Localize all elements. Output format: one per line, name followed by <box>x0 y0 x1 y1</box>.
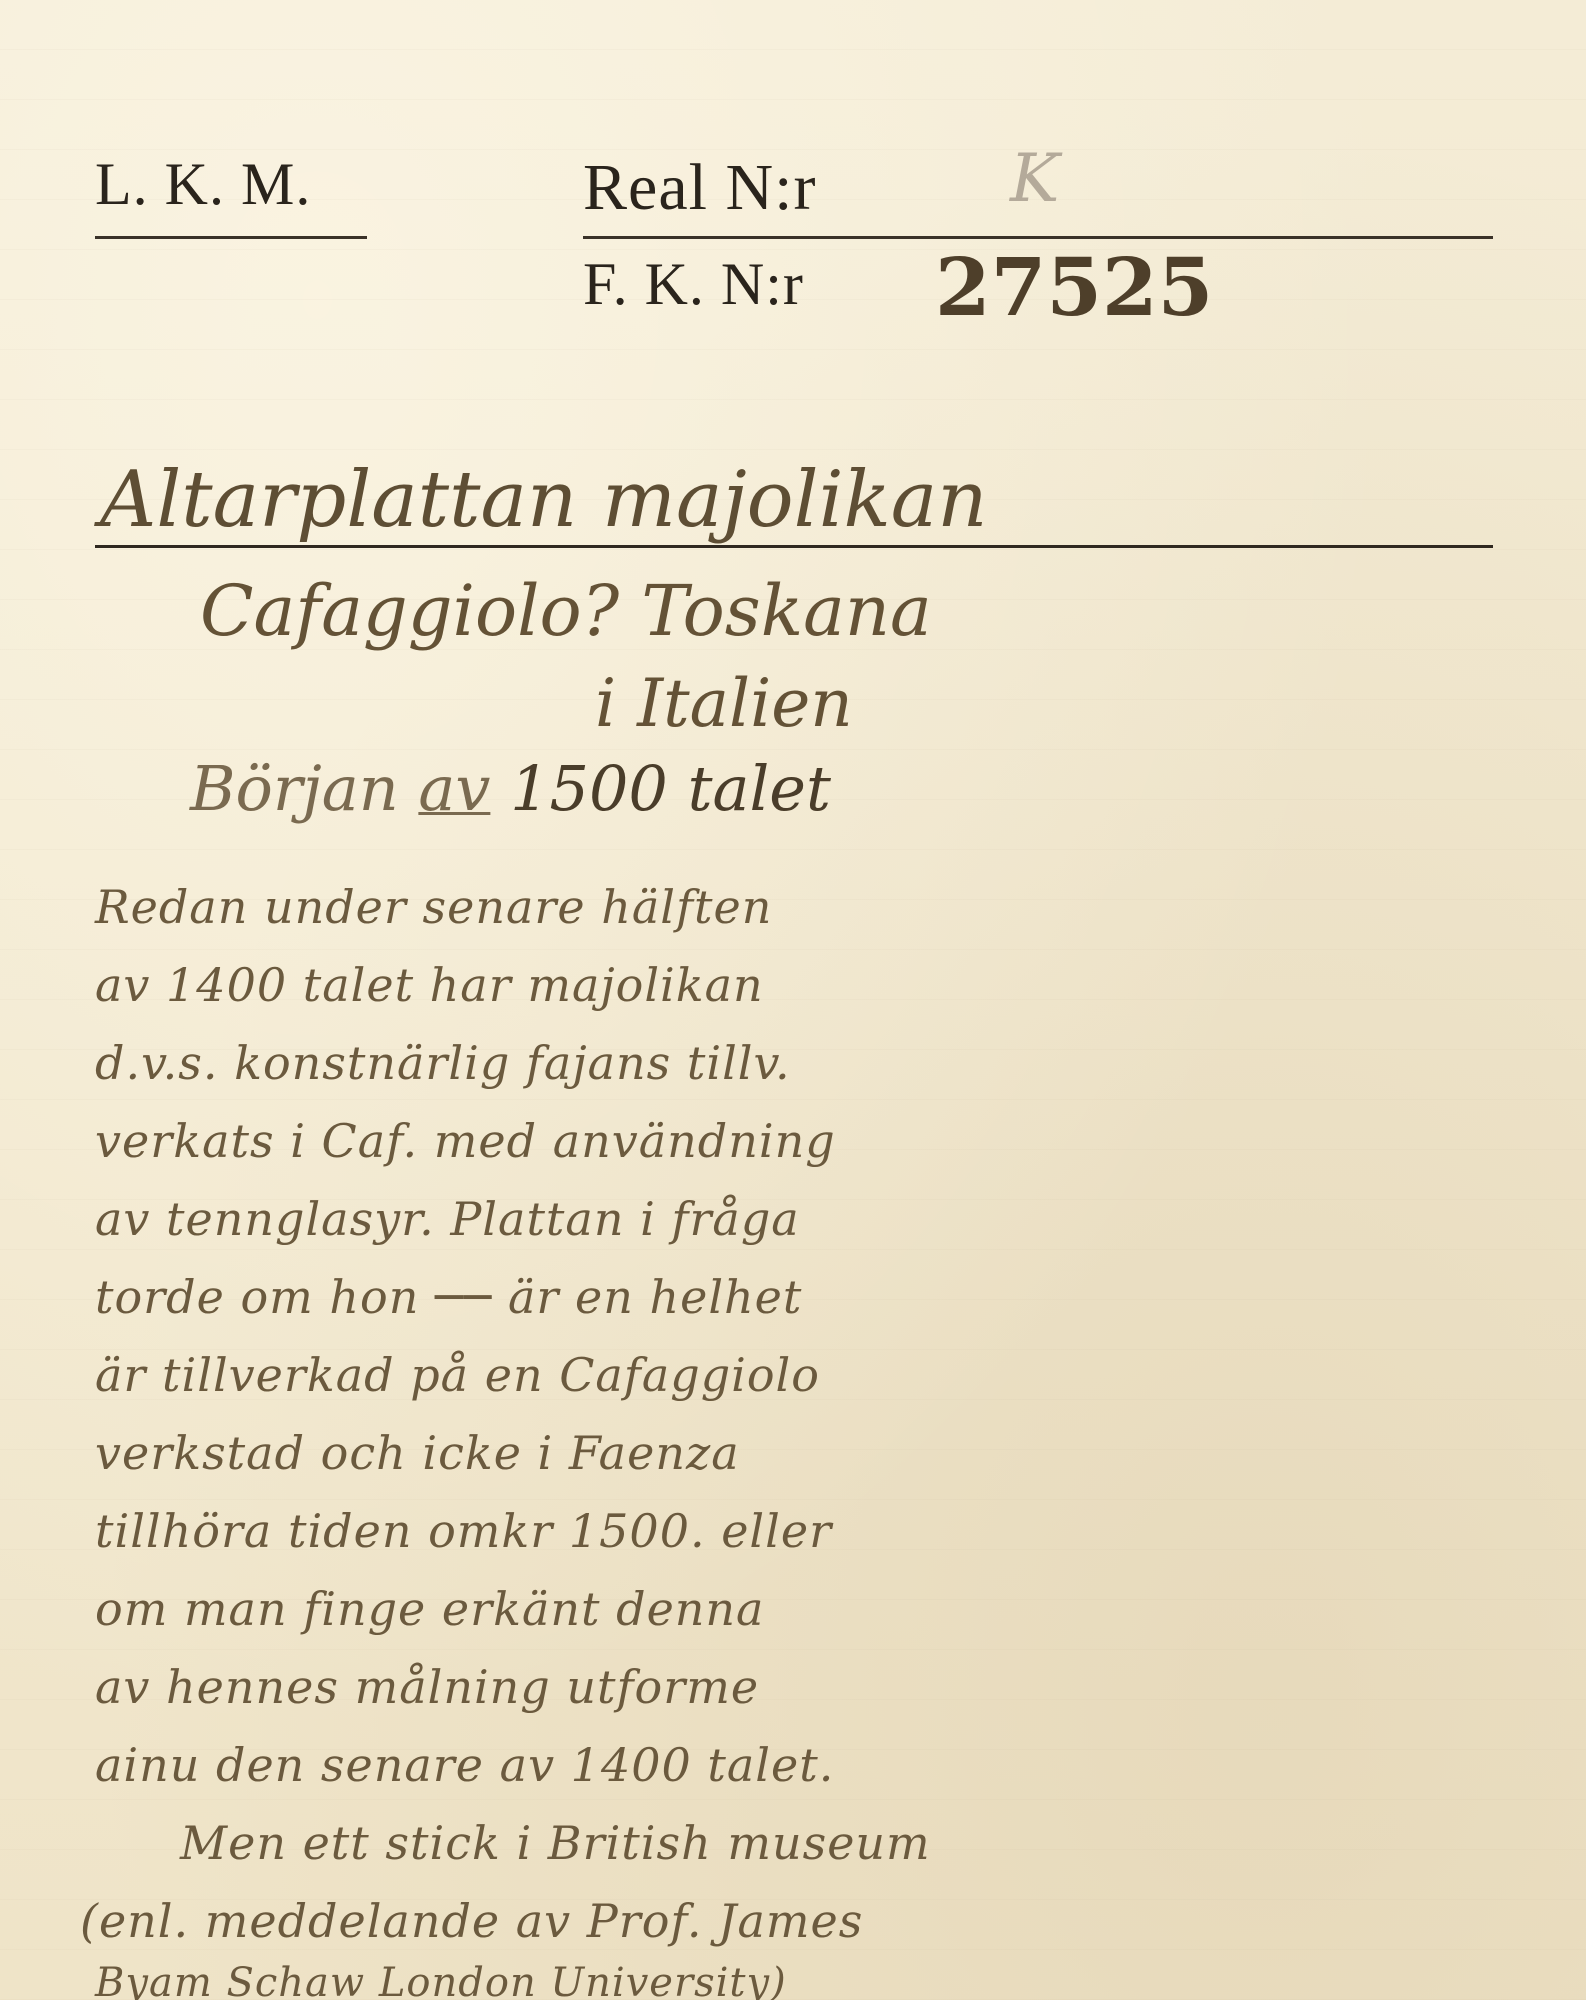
body-line: Byam Schaw London University) <box>95 1960 787 2000</box>
real-nr-value: K <box>1010 140 1059 217</box>
body-line: är tillverkad på en Cafaggiolo <box>95 1348 820 1402</box>
body-line: av tennglasyr. Plattan i fråga <box>95 1192 800 1246</box>
institution-label: L. K. M. <box>95 150 311 219</box>
body-line: om man finge erkänt denna <box>95 1582 764 1636</box>
body-line: av 1400 talet har majolikan <box>95 958 764 1012</box>
body-line: av hennes målning utforme <box>95 1660 759 1714</box>
real-nr-label: Real N:r <box>583 150 816 226</box>
body-line: ainu den senare av 1400 talet. <box>95 1738 834 1792</box>
place-line-1: Cafaggiolo? Toskana <box>200 570 932 652</box>
dating-line: Början av 1500 talet <box>190 752 831 825</box>
body-line: verkats i Caf. med användning <box>95 1114 836 1168</box>
fk-nr-value: 27525 <box>935 240 1213 334</box>
institution-underline <box>95 236 367 239</box>
body-line: d.v.s. konstnärlig fajans tillv. <box>95 1036 791 1090</box>
real-nr-underline <box>583 236 1493 239</box>
body-line: Redan under senare hälften <box>95 880 772 934</box>
fk-nr-label: F. K. N:r <box>583 250 804 319</box>
body-line: Men ett stick i British museum <box>180 1816 931 1870</box>
body-line: torde om hon ── är en helhet <box>95 1270 802 1324</box>
dating-rest: 1500 talet <box>510 752 831 825</box>
body-line: tillhöra tiden omkr 1500. eller <box>95 1504 832 1558</box>
body-line: (enl. meddelande av Prof. James <box>80 1894 863 1948</box>
title-underline <box>95 545 1493 548</box>
object-title: Altarplattan majolikan <box>100 455 988 545</box>
dating-prefix: Början <box>190 752 399 825</box>
place-line-2: i Italien <box>595 665 853 742</box>
dating-word: av <box>418 752 490 825</box>
body-line: verkstad och icke i Faenza <box>95 1426 740 1480</box>
